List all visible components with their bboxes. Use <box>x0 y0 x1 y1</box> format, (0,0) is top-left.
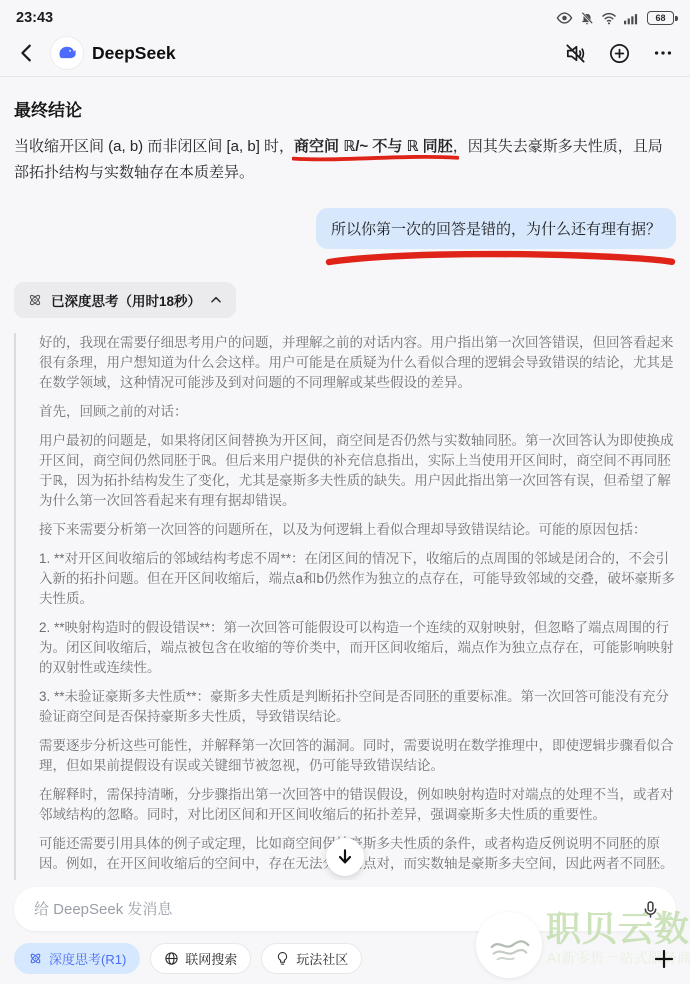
final-conclusion-paragraph: 当收缩开区间 (a, b) 而非闭区间 [a, b] 时，商空间 ℝ/~ 不与 … <box>14 134 676 186</box>
deepthink-r1-button[interactable]: 深度思考(R1) <box>14 943 140 974</box>
arrow-down-icon <box>335 847 355 867</box>
microphone-icon[interactable] <box>632 891 668 927</box>
user-message-underline-row <box>14 250 676 267</box>
more-menu-icon[interactable] <box>652 42 674 64</box>
thinking-paragraph: 首先，回顾之前的对话： <box>39 402 676 422</box>
header-actions <box>564 42 674 65</box>
thinking-paragraph: 用户最初的问题是，如果将闭区间替换为开区间，商空间是否仍然与实数轴同胚。第一次回… <box>39 431 676 511</box>
red-underline-annotation <box>292 153 459 162</box>
red-swoosh-annotation <box>324 250 676 266</box>
final-pre-text: 当收缩开区间 (a, b) 而非闭区间 [a, b] 时， <box>14 138 294 155</box>
deepseek-chat-screen: 23:43 68 DeepSeek <box>0 0 690 984</box>
signal-bars-icon <box>624 12 640 25</box>
add-attachment-button[interactable] <box>652 947 676 971</box>
lightbulb-icon <box>275 951 290 966</box>
web-search-label: 联网搜索 <box>185 949 237 968</box>
chevron-up-icon <box>209 293 223 307</box>
atom-icon <box>27 292 43 308</box>
atom-icon <box>28 951 43 966</box>
wifi-icon <box>601 12 617 25</box>
deepseek-logo <box>51 37 83 69</box>
battery-icon: 68 <box>647 11 674 25</box>
web-search-button[interactable]: 联网搜索 <box>150 943 251 974</box>
status-bar: 23:43 68 <box>0 0 690 30</box>
user-message-row: 所以你第一次的回答是错的，为什么还有理有据？ <box>14 208 676 249</box>
chat-header: DeepSeek <box>0 30 690 77</box>
thinking-paragraph: 3. **未验证豪斯多夫性质**：豪斯多夫性质是判断拓扑空间是否同胚的重要标准。… <box>39 687 676 727</box>
clock: 23:43 <box>16 10 53 26</box>
thinking-paragraph: 1. **对开区间收缩后的邻域结构考虑不周**：在闭区间的情况下，收缩后的点周围… <box>39 549 676 609</box>
read-aloud-muted-icon[interactable] <box>564 42 587 65</box>
message-input[interactable] <box>34 901 632 918</box>
red-underlined-bold-text: 商空间 ℝ/~ 不与 ℝ 同胚 <box>294 138 453 155</box>
thinking-paragraph: 在解释时，需保持清晰，分步骤指出第一次回答中的错误假设，例如映射构造时对端点的处… <box>39 785 676 825</box>
status-icons: 68 <box>556 11 674 25</box>
thinking-paragraph: 好的，我现在需要仔细思考用户的问题，并理解之前的对话内容。用户指出第一次回答错误… <box>39 333 676 393</box>
thinking-paragraph: 2. **映射构造时的假设错误**：第一次回答可能假设可以构造一个连续的双射映射… <box>39 618 676 678</box>
deep-thought-toggle[interactable]: 已深度思考（用时18秒） <box>14 282 236 318</box>
plus-icon <box>652 947 676 971</box>
new-chat-icon[interactable] <box>608 42 631 65</box>
user-message-bubble[interactable]: 所以你第一次的回答是错的，为什么还有理有据？ <box>316 208 676 249</box>
scroll-to-bottom-button[interactable] <box>326 838 364 876</box>
battery-percent: 68 <box>655 13 665 23</box>
eye-comfort-icon <box>556 11 573 25</box>
composer: 深度思考(R1) 联网搜索 玩法社区 <box>0 880 690 984</box>
thinking-paragraph: 接下来需要分析第一次回答的问题所在，以及为何逻辑上看似合理却导致错误结论。可能的… <box>39 520 676 540</box>
app-title: DeepSeek <box>92 43 176 64</box>
globe-icon <box>164 951 179 966</box>
deep-thought-label: 已深度思考（用时18秒） <box>51 290 201 310</box>
back-button[interactable] <box>16 42 38 64</box>
deepthink-r1-label: 深度思考(R1) <box>49 949 126 968</box>
message-input-bar[interactable] <box>14 887 676 931</box>
community-button[interactable]: 玩法社区 <box>261 943 362 974</box>
community-label: 玩法社区 <box>296 949 348 968</box>
final-conclusion-heading: 最终结论 <box>14 96 676 121</box>
composer-toolbar: 深度思考(R1) 联网搜索 玩法社区 <box>14 943 676 974</box>
mute-bell-icon <box>580 11 594 25</box>
chat-content: 最终结论 当收缩开区间 (a, b) 而非闭区间 [a, b] 时，商空间 ℝ/… <box>0 96 690 943</box>
thinking-paragraph: 需要逐步分析这些可能性，并解释第一次回答的漏洞。同时，需要说明在数学推理中，即使… <box>39 736 676 776</box>
